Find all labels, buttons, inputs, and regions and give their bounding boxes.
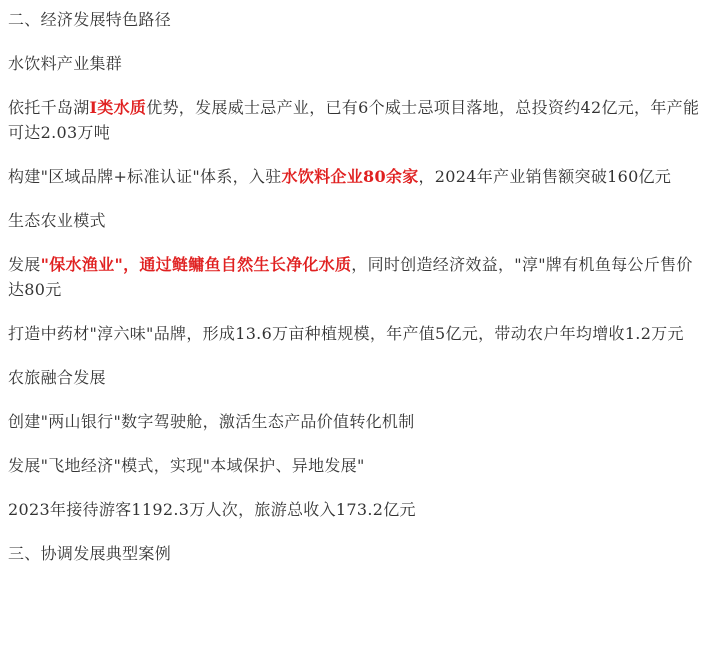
paragraph-brand-system: 构建"区域品牌+标准认证"体系，入驻水饮料企业80余家，2024年产业销售额突破… xyxy=(8,164,702,189)
subheading-text: 农旅融合发展 xyxy=(8,368,106,387)
subheading-text: 水饮料产业集群 xyxy=(8,54,122,73)
section-heading-economic-paths: 二、经济发展特色路径 xyxy=(8,7,702,32)
subheading-text: 生态农业模式 xyxy=(8,211,106,230)
heading-text: 二、经济发展特色路径 xyxy=(8,10,171,29)
text-segment: ，2024年产业销售额突破160亿元 xyxy=(419,167,672,186)
text-segment: 发展 xyxy=(8,255,41,274)
paragraph-whisky-industry: 依托千岛湖Ⅰ类水质优势，发展威士忌产业，已有6个威士忌项目落地，总投资约42亿元… xyxy=(8,95,702,145)
subheading-water-beverage-cluster: 水饮料产业集群 xyxy=(8,51,702,76)
paragraph-water-fishery: 发展"保水渔业"，通过鲢鳙鱼自然生长净化水质，同时创造经济效益，"淳"牌有机鱼每… xyxy=(8,252,702,302)
text-segment: 打造中药材"淳六味"品牌，形成13.6万亩种植规模，年产值5亿元，带动农户年均增… xyxy=(8,324,684,343)
subheading-agri-tourism: 农旅融合发展 xyxy=(8,365,702,390)
paragraph-tourism-stats: 2023年接待游客1192.3万人次，旅游总收入173.2亿元 xyxy=(8,497,702,522)
highlight-enterprise-count: 水饮料企业80余家 xyxy=(282,167,419,186)
section-heading-coordinated-cases: 三、协调发展典型案例 xyxy=(8,541,702,566)
paragraph-enclave-economy: 发展"飞地经济"模式，实现"本域保护、异地发展" xyxy=(8,453,702,478)
document-body: 二、经济发展特色路径 水饮料产业集群 依托千岛湖Ⅰ类水质优势，发展威士忌产业，已… xyxy=(0,0,712,566)
text-segment: 2023年接待游客1192.3万人次，旅游总收入173.2亿元 xyxy=(8,500,416,519)
text-segment: 构建"区域品牌+标准认证"体系，入驻 xyxy=(8,167,282,186)
highlight-water-quality: Ⅰ类水质 xyxy=(90,98,147,117)
highlight-fishery: "保水渔业"，通过鲢鳙鱼自然生长净化水质 xyxy=(41,255,352,274)
paragraph-herbal-medicine: 打造中药材"淳六味"品牌，形成13.6万亩种植规模，年产值5亿元，带动农户年均增… xyxy=(8,321,702,346)
text-segment: 依托千岛湖 xyxy=(8,98,90,117)
text-segment: 发展"飞地经济"模式，实现"本域保护、异地发展" xyxy=(8,456,365,475)
subheading-eco-agriculture: 生态农业模式 xyxy=(8,208,702,233)
paragraph-two-mountains-bank: 创建"两山银行"数字驾驶舱，激活生态产品价值转化机制 xyxy=(8,409,702,434)
text-segment: 创建"两山银行"数字驾驶舱，激活生态产品价值转化机制 xyxy=(8,412,415,431)
heading-text: 三、协调发展典型案例 xyxy=(8,544,171,563)
